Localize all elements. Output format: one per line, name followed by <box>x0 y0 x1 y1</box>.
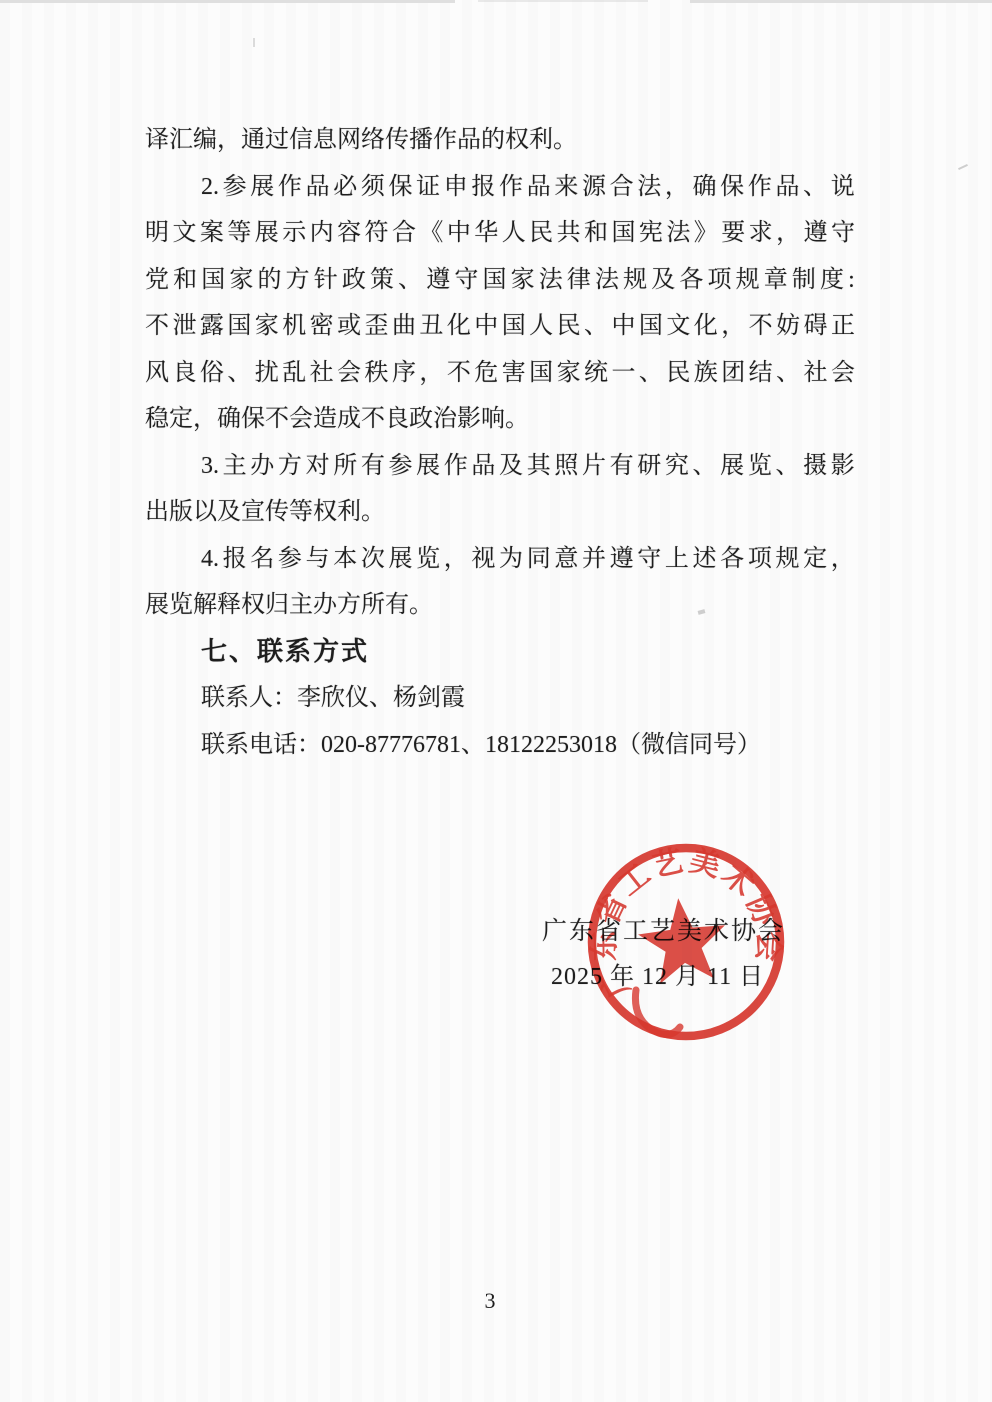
text-line: 出版以及宣传等权利。 <box>145 489 855 536</box>
scan-speck <box>958 164 968 170</box>
text-line: 稳定，确保不会造成不良政治影响。 <box>145 396 855 443</box>
official-seal: 广东省工艺美术协会 <box>576 832 796 1052</box>
text-line: 风良俗、扰乱社会秩序，不危害国家统一、民族团结、社会 <box>145 350 855 397</box>
text-line: 展览解释权归主办方所有。 <box>145 582 855 629</box>
page-number: 3 <box>460 1288 520 1314</box>
text-line: 4.报名参与本次展览，视为同意并遵守上述各项规定， <box>145 536 855 583</box>
text-line: 3.主办方对所有参展作品及其照片有研究、展览、摄影 <box>145 443 855 490</box>
text-line: 不泄露国家机密或歪曲丑化中国人民、中国文化，不妨碍正 <box>145 303 855 350</box>
body-text: 译汇编，通过信息网络传播作品的权利。2.参展作品必须保证申报作品来源合法，确保作… <box>145 117 855 768</box>
text-line: 2.参展作品必须保证申报作品来源合法，确保作品、说 <box>145 164 855 211</box>
document-page: 译汇编，通过信息网络传播作品的权利。2.参展作品必须保证申报作品来源合法，确保作… <box>0 0 992 1402</box>
star-icon <box>635 894 731 986</box>
scan-edge-artifact <box>0 0 455 3</box>
text-line: 党和国家的方针政策、遵守国家法律法规及各项规章制度: <box>145 257 855 304</box>
section-heading: 七、联系方式 <box>145 629 855 676</box>
text-line: 译汇编，通过信息网络传播作品的权利。 <box>145 117 855 164</box>
scan-edge-artifact <box>478 0 648 2</box>
text-line: 联系人：李欣仪、杨剑霞 <box>145 675 855 722</box>
text-line: 明文案等展示内容符合《中华人民共和国宪法》要求，遵守 <box>145 210 855 257</box>
scan-edge-artifact <box>690 0 992 3</box>
text-line: 联系电话：020-87776781、18122253018（微信同号） <box>145 722 855 769</box>
scan-speck <box>253 38 255 47</box>
